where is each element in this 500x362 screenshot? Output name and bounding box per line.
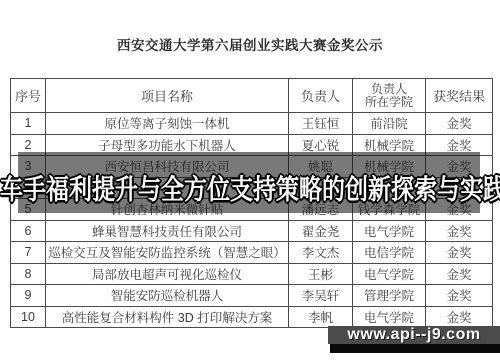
table-row: 8 局部放电超声可视化巡检仪 王彬 电气学院 金奖: [11, 263, 493, 285]
table-row: 6 蜂巢智慧科技责任有限公司 翟金尧 电气学院 金奖: [11, 220, 493, 242]
cell-leader: 李吴轩: [289, 285, 353, 307]
cell-project: 巡检交互及智能安防监控系统（智慧之眼）: [46, 242, 289, 264]
watermark-text: www.api--j9.com: [347, 326, 480, 343]
cell-award: 金奖: [426, 242, 493, 264]
cell-award: 金奖: [426, 263, 493, 285]
cell-college: 电气学院: [353, 306, 426, 328]
cell-college: 管理学院: [353, 285, 426, 307]
cell-college: 电气学院: [353, 263, 426, 285]
cell-college: 电信学院: [353, 242, 426, 264]
header-college-line2: 所在学院: [354, 96, 424, 109]
cell-serial: 1: [11, 113, 46, 135]
cell-college: 前沿院: [353, 113, 426, 135]
cell-serial: 8: [11, 263, 46, 285]
cell-project: 局部放电超声可视化巡检仪: [46, 263, 289, 285]
header-project: 项目名称: [46, 79, 289, 113]
cell-project: 原位等离子刻蚀一体机: [46, 113, 289, 135]
cell-project: 蜂巢智慧科技责任有限公司: [46, 220, 289, 242]
watermark: www.api--j9.com: [328, 326, 500, 344]
header-college: 负责人 所在学院: [353, 79, 426, 113]
cell-leader: 李帆: [289, 306, 353, 328]
cell-award: 金奖: [426, 220, 493, 242]
watermark-black-bar: [330, 344, 500, 353]
cell-award: 金奖: [426, 285, 493, 307]
cell-college: 电气学院: [353, 220, 426, 242]
header-college-line1: 负责人: [354, 83, 424, 96]
header-award: 获奖结果: [426, 79, 493, 113]
cell-serial: 9: [11, 285, 46, 307]
cell-award: 金奖: [426, 306, 493, 328]
cell-leader: 王钰恒: [289, 113, 353, 135]
overlay-banner-text: 车手福利提升与全方位支持策略的创新探索与实践: [0, 168, 500, 207]
table-header-row: 序号 项目名称 负责人 负责人 所在学院 获奖结果: [11, 79, 493, 113]
table-row: 9 智能安防巡检机器人 李吴轩 管理学院 金奖: [11, 285, 493, 307]
page-title: 西安交通大学第六届创业实践大赛金奖公示: [0, 34, 500, 54]
header-serial: 序号: [11, 79, 46, 113]
cell-project: 智能安防巡检机器人: [46, 285, 289, 307]
cell-leader: 李文杰: [289, 242, 353, 264]
table-row: 7 巡检交互及智能安防监控系统（智慧之眼） 李文杰 电信学院 金奖: [11, 242, 493, 264]
cell-award: 金奖: [426, 113, 493, 135]
cell-leader: 王彬: [289, 263, 353, 285]
cell-serial: 6: [11, 220, 46, 242]
cell-leader: 翟金尧: [289, 220, 353, 242]
cell-project: 高性能复合材料构件 3D 打印解决方案: [46, 306, 289, 328]
table-row: 10 高性能复合材料构件 3D 打印解决方案 李帆 电气学院 金奖: [11, 306, 493, 328]
cell-serial: 10: [11, 306, 46, 328]
cell-serial: 7: [11, 242, 46, 264]
table-row: 1 原位等离子刻蚀一体机 王钰恒 前沿院 金奖: [11, 113, 493, 135]
header-leader: 负责人: [289, 79, 353, 113]
